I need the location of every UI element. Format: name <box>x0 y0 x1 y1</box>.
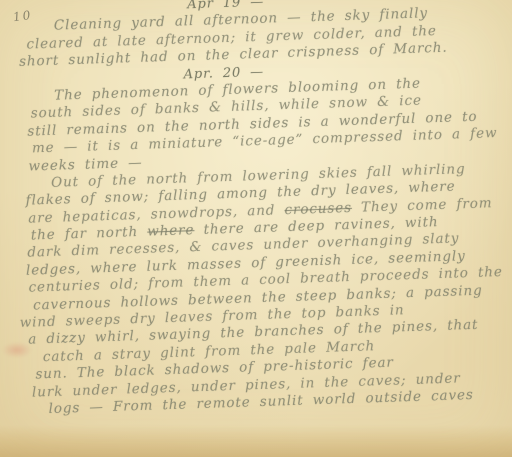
line-text: the far north <box>31 224 148 244</box>
handwritten-content: Apr 19 — Cleaning yard all afternoon — t… <box>9 0 509 419</box>
line-text: They come from <box>352 195 493 216</box>
journal-page: 10 Apr 19 — Cleaning yard all afternoon … <box>0 0 512 457</box>
red-pencil-smudge <box>2 342 32 358</box>
struck-word: where <box>147 222 195 240</box>
struck-word: crocuses <box>284 200 352 218</box>
